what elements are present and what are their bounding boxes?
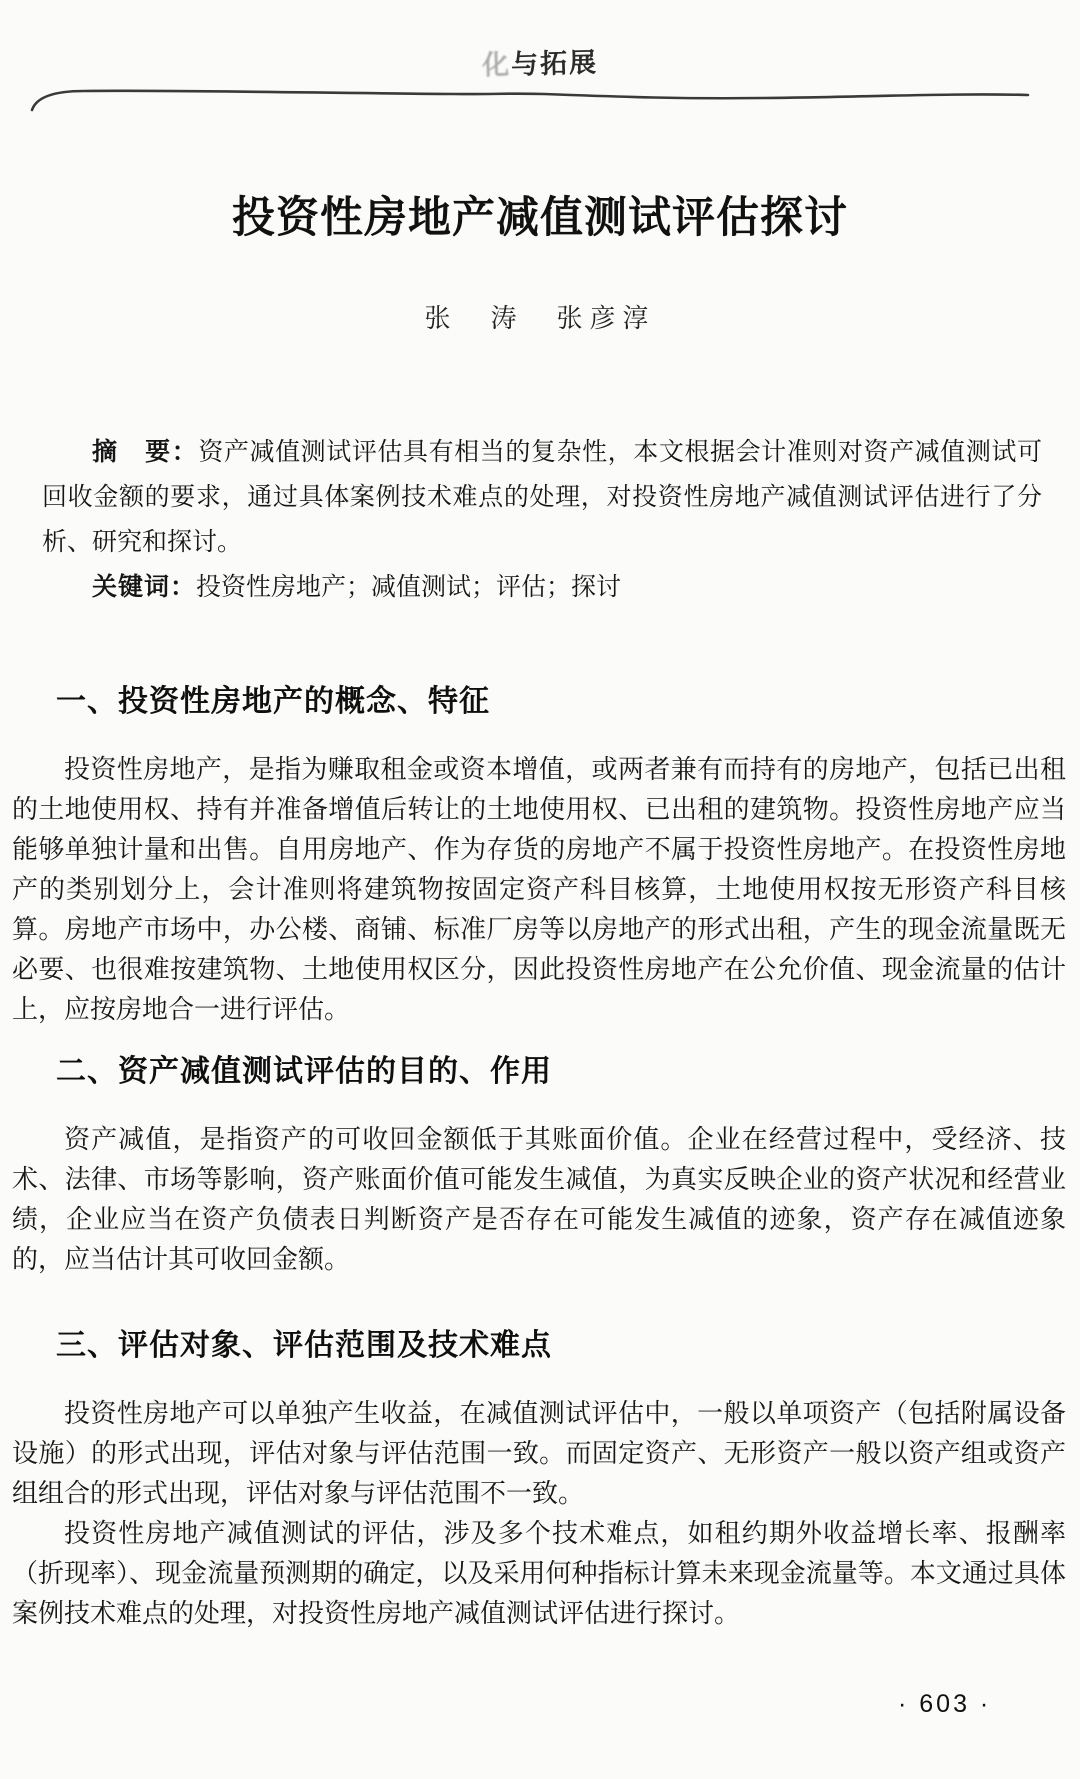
abstract-paragraph: 摘 要：资产减值测试评估具有相当的复杂性，本文根据会计准则对资产减值测试可回收金… [42, 430, 1042, 565]
section-purpose-role: 二、资产减值测试评估的目的、作用 资产减值，是指资产的可收回金额低于其账面价值。… [0, 1046, 1080, 1280]
scanned-paper-page: 化与拓展 投资性房地产减值测试评估探讨 张 涛 张彦淳 摘 要：资产减值测试评估… [0, 0, 1080, 1779]
section-paragraph: 投资性房地产可以单独产生收益，在减值测试评估中，一般以单项资产（包括附属设备设施… [12, 1394, 1066, 1514]
authors-line: 张 涛 张彦淳 [0, 298, 1080, 335]
abstract-label: 摘 要： [92, 439, 198, 466]
section-paragraph: 资产减值，是指资产的可收回金额低于其账面价值。企业在经营过程中，受经济、技术、法… [12, 1120, 1066, 1280]
keywords-line: 关键词：投资性房地产；减值测试；评估；探讨 [42, 565, 1042, 610]
section-scope-difficulties: 三、评估对象、评估范围及技术难点 投资性房地产可以单独产生收益，在减值测试评估中… [0, 1320, 1080, 1634]
keywords-label: 关键词： [92, 574, 196, 601]
article-title: 投资性房地产减值测试评估探讨 [0, 184, 1080, 245]
abstract-block: 摘 要：资产减值测试评估具有相当的复杂性，本文根据会计准则对资产减值测试可回收金… [42, 430, 1042, 610]
section-heading: 三、评估对象、评估范围及技术难点 [56, 1320, 1080, 1364]
section-concept-features: 一、投资性房地产的概念、特征 投资性房地产，是指为赚取租金或资本增值，或两者兼有… [0, 676, 1080, 1030]
section-paragraph: 投资性房地产减值测试的评估，涉及多个技术难点，如租约期外收益增长率、报酬率（折现… [12, 1514, 1066, 1634]
header-rule-line [24, 72, 1036, 118]
section-paragraph: 投资性房地产，是指为赚取租金或资本增值，或两者兼有而持有的房地产，包括已出租的土… [12, 750, 1066, 1030]
section-heading: 二、资产减值测试评估的目的、作用 [56, 1046, 1080, 1090]
page-number: · 603 · [898, 1690, 991, 1719]
keywords-text: 投资性房地产；减值测试；评估；探讨 [196, 574, 621, 601]
section-heading: 一、投资性房地产的概念、特征 [56, 676, 1080, 720]
